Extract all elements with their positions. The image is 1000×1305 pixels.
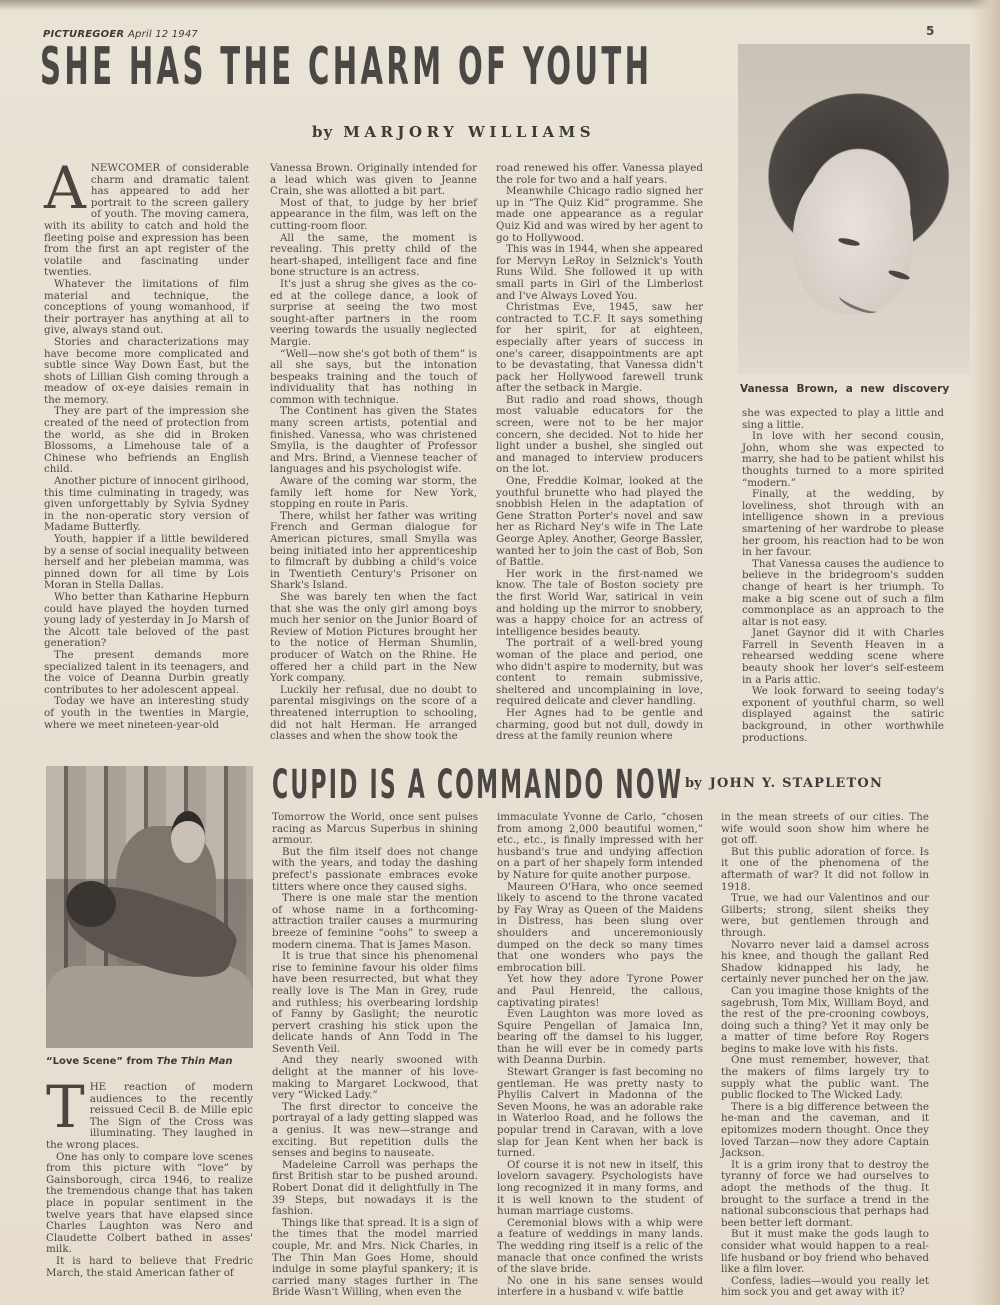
paragraph: The present demands more specialized tal…: [44, 650, 249, 696]
paragraph: Things like that spread. It is a sign of…: [272, 1218, 478, 1299]
paragraph: There is one male star the mention of wh…: [272, 893, 478, 951]
paragraph: One has only to compare love scenes from…: [46, 1152, 253, 1256]
author-name: JOHN Y. STAPLETON: [710, 776, 883, 791]
paragraph: It is a grim irony that to destroy the t…: [721, 1160, 929, 1230]
byline-prefix: by: [685, 776, 702, 791]
paragraph: There, whilst her father was writing Fre…: [270, 511, 477, 592]
paragraph: Confess, ladies—would you really let him…: [721, 1276, 929, 1299]
photo-figure-man-head: [171, 811, 205, 863]
paragraph: Most of that, to judge by her brief appe…: [270, 198, 477, 233]
paragraph: But it must make the gods laugh to consi…: [721, 1229, 929, 1275]
scene-caption: “Love Scene” from The Thin Man: [46, 1056, 233, 1067]
article-1-byline: byMARJORY WILLIAMS: [312, 123, 595, 141]
article-1-headline: SHE HAS THE CHARM OF YOUTH: [40, 38, 421, 96]
paragraph: Finally, at the wedding, by loveliness, …: [742, 489, 944, 559]
article-2-column-2: Tomorrow the World, once sent pulses rac…: [272, 812, 478, 1299]
paragraph: she was expected to play a little and si…: [742, 408, 944, 431]
portrait-collar: [738, 334, 970, 374]
paragraph: But this public adoration of force. Is i…: [721, 847, 929, 893]
paragraph: All the same, the moment is revealing. T…: [270, 233, 477, 279]
magazine-page: PICTUREGOER April 12 1947 5 SHE HAS THE …: [0, 0, 1000, 1305]
paragraph: Of course it is not new in itself, this …: [497, 1160, 703, 1218]
photo-sofa: [46, 966, 253, 1048]
article-2-byline: byJOHN Y. STAPLETON: [685, 776, 883, 791]
paragraph: No one in his sane senses would interfer…: [497, 1276, 703, 1299]
article-2-column-3: immaculate Yvonne de Carlo, “chosen from…: [497, 812, 703, 1299]
drop-cap: T: [46, 1084, 85, 1132]
paragraph: Janet Gaynor did it with Charles Farrell…: [742, 628, 944, 686]
paragraph: True, we had our Valentinos and our Gilb…: [721, 893, 929, 939]
paragraph: Vanessa Brown. Originally intended for a…: [270, 163, 477, 198]
paragraph: The portrait of a well-bred young woman …: [496, 638, 703, 708]
article-2-column-4: in the mean streets of our cities. The w…: [721, 812, 929, 1299]
paragraph: Today we have an interesting study of yo…: [44, 696, 249, 731]
paragraph: immaculate Yvonne de Carlo, “chosen from…: [497, 812, 703, 882]
vanessa-brown-portrait-photo: [738, 44, 970, 374]
paragraph: But radio and road shows, though most va…: [496, 395, 703, 476]
paragraph: Stewart Granger is fast becoming no gent…: [497, 1067, 703, 1160]
paragraph: There is a big difference between the he…: [721, 1102, 929, 1160]
author-name: MARJORY WILLIAMS: [343, 123, 595, 141]
article-1-column-4: she was expected to play a little and si…: [742, 408, 944, 744]
paragraph: in the mean streets of our cities. The w…: [721, 812, 929, 847]
paragraph: Another picture of innocent girlhood, th…: [44, 476, 249, 534]
paragraph: They are part of the impression she crea…: [44, 406, 249, 476]
paragraph: Madeleine Carroll was perhaps the first …: [272, 1160, 478, 1218]
caption-film-title: The Thin Man: [157, 1056, 233, 1067]
article-2-headline: CUPID IS A COMMANDO NOW: [272, 763, 683, 807]
paragraph: One, Freddie Kolmar, looked at the youth…: [496, 476, 703, 569]
paragraph: Youth, happier if a little bewildered by…: [44, 534, 249, 592]
paragraph: But the film itself does not change with…: [272, 847, 478, 893]
paragraph: The Continent has given the States many …: [270, 406, 477, 476]
paragraph: Who better than Katharine Hepburn could …: [44, 592, 249, 650]
paragraph: It is true that since his phenomenal ris…: [272, 951, 478, 1055]
paragraph: Her Agnes had to be gentle and charming,…: [496, 708, 703, 743]
thin-man-scene-photo: [46, 766, 253, 1048]
paragraph: Christmas Eve, 1945, saw her contracted …: [496, 302, 703, 395]
paragraph: Tomorrow the World, once sent pulses rac…: [272, 812, 478, 847]
paragraph: She was barely ten when the fact that sh…: [270, 592, 477, 685]
portrait-caption: Vanessa Brown, a new discovery: [740, 383, 949, 395]
paragraph: road renewed his offer. Vanessa played t…: [496, 163, 703, 186]
paragraph: Luckily her refusal, due no doubt to par…: [270, 685, 477, 743]
article-1-column-2: Vanessa Brown. Originally intended for a…: [270, 163, 477, 743]
paragraph: Maureen O'Hara, who once seemed likely t…: [497, 882, 703, 975]
byline-prefix: by: [312, 123, 333, 141]
paragraph: Meanwhile Chicago radio signed her up in…: [496, 186, 703, 244]
paragraph: One must remember, however, that the mak…: [721, 1055, 929, 1101]
drop-cap: A: [44, 165, 86, 213]
paragraph: Yet how they adore Tyrone Power and Paul…: [497, 974, 703, 1009]
paragraph: “Well—now she's got both of them” is all…: [270, 349, 477, 407]
paragraph: And they nearly swooned with delight at …: [272, 1055, 478, 1101]
article-1-column-3: road renewed his offer. Vanessa played t…: [496, 163, 703, 743]
photo-figure-woman-head: [66, 881, 116, 927]
caption-quote: “Love Scene” from: [46, 1056, 153, 1067]
paragraph: Her work in the first-named we know. The…: [496, 569, 703, 639]
page-number: 5: [926, 24, 934, 38]
paragraph: Novarro never laid a damsel across his k…: [721, 940, 929, 986]
paragraph: In love with her second cousin, John, wh…: [742, 431, 944, 489]
paragraph: Can you imagine those knights of the sag…: [721, 986, 929, 1056]
article-1-column-1: A NEWCOMER of considerable charm and dra…: [44, 163, 249, 731]
paragraph: It's just a shrug she gives as the co-ed…: [270, 279, 477, 349]
paragraph: We look forward to seeing today's expone…: [742, 686, 944, 744]
paragraph: That Vanessa causes the audience to beli…: [742, 559, 944, 629]
paragraph: Whatever the limitations of film materia…: [44, 279, 249, 337]
article-2-column-1: T HE reaction of modern audiences to the…: [46, 1082, 253, 1279]
paragraph: It is hard to believe that Fredric March…: [46, 1256, 253, 1279]
paragraph: Even Laughton was more loved as Squire P…: [497, 1009, 703, 1067]
paragraph: Stories and characterizations may have b…: [44, 337, 249, 407]
paragraph: Aware of the coming war storm, the famil…: [270, 476, 477, 511]
paragraph: The first director to conceive the portr…: [272, 1102, 478, 1160]
paragraph: Ceremonial blows with a whip were a feat…: [497, 1218, 703, 1276]
paragraph: This was in 1944, when she appeared for …: [496, 244, 703, 302]
